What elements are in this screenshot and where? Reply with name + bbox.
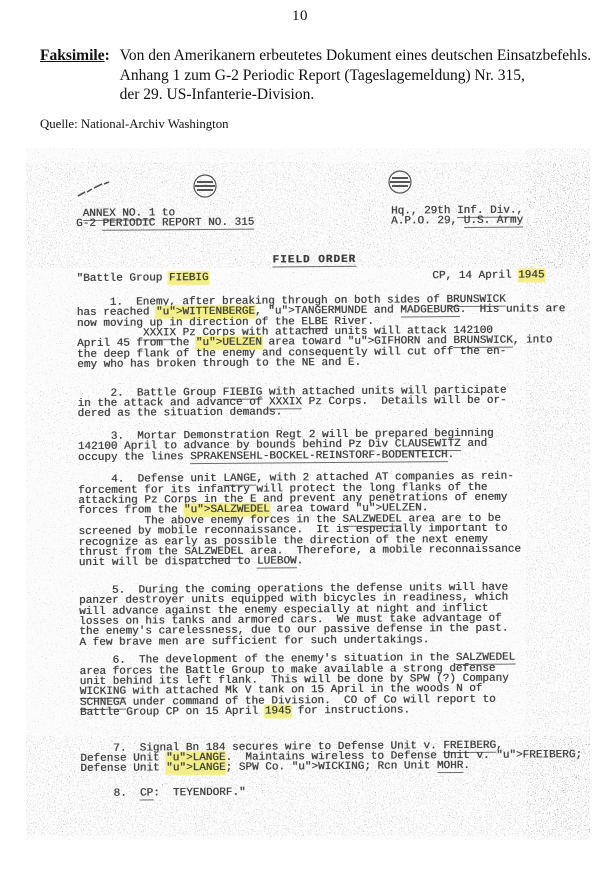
field-order-body: 1. Enemy, after breaking through on both… (77, 294, 557, 799)
field-order-paragraph: 7. Signal Bn 184 secures wire to Defense… (80, 740, 556, 775)
faksimile-text: Von den Amerikanern erbeutetes Dokument … (120, 46, 591, 105)
field-order-paragraph: 5. During the coming operations the defe… (79, 582, 555, 648)
cp-date: CP, 14 April 1945 (432, 271, 544, 282)
field-order-paragraph: 1. Enemy, after breaking through on both… (77, 294, 554, 371)
faksimile-label-word: Faksimile (40, 47, 105, 64)
scanned-field-order: ANNEX NO. 1 to G-2 PERIODIC REPORT NO. 3… (26, 148, 590, 840)
book-page: 10 Faksimile: Von den Amerikanern erbeut… (0, 0, 600, 883)
field-order-document: ANNEX NO. 1 to G-2 PERIODIC REPORT NO. 3… (76, 202, 557, 799)
source-text: National-Archiv Washington (81, 117, 229, 131)
faksimile-caption: Faksimile: Von den Amerikanern erbeutete… (40, 46, 591, 105)
battle-group-name: "Battle Group FIEBIG (77, 273, 209, 284)
field-order-paragraph: 2. Battle Group FIEBIG with attached uni… (77, 385, 553, 420)
typed-line: G-2 PERIODIC REPORT NO. 315 (76, 218, 254, 230)
unit-address: Hq., 29th Inf. Div., A.P.O. 29, U.S. Arm… (391, 205, 523, 227)
typed-line: Battle Group CP on 15 April 1945 for ins… (80, 704, 556, 718)
typed-line: A few brave men are sufficient for such … (79, 634, 555, 648)
field-order-header: ANNEX NO. 1 to G-2 PERIODIC REPORT NO. 3… (76, 205, 552, 231)
caption-line: Anhang 1 zum G-2 Periodic Report (Tagesl… (120, 66, 591, 86)
field-order-paragraph: 3. Mortar Demonstration Regt 2 will be p… (78, 428, 554, 463)
page-number: 10 (0, 8, 600, 25)
field-order-paragraph: 6. The development of the enemy's situat… (80, 652, 556, 718)
annex-reference: ANNEX NO. 1 to G-2 PERIODIC REPORT NO. 3… (76, 208, 254, 230)
typed-line: occupy the lines SPRAKENSEHL-BOCKEL-REIN… (78, 449, 554, 463)
field-order-title: FIELD ORDER (76, 253, 552, 267)
typed-line: A.P.O. 29, U.S. Army (391, 216, 523, 227)
faksimile-label-colon: : (105, 47, 114, 64)
source-label: Quelle: (40, 117, 78, 131)
typed-line: Defense Unit "u">LANGE; SPW Co. "u">WICK… (80, 761, 556, 775)
subject-line: "Battle Group FIEBIG CP, 14 April 1945 (77, 271, 553, 285)
caption-line: der 29. US-Infanterie-Division. (120, 85, 591, 105)
caption-line: Von den Amerikanern erbeutetes Dokument … (120, 46, 591, 66)
source-line: Quelle: National-Archiv Washington (40, 117, 229, 132)
typed-line: emy who has broken through to the NE and… (77, 357, 553, 371)
faksimile-label: Faksimile: (40, 46, 114, 66)
field-order-paragraph: 4. Defense unit LANGE, with 2 attached A… (78, 471, 555, 568)
